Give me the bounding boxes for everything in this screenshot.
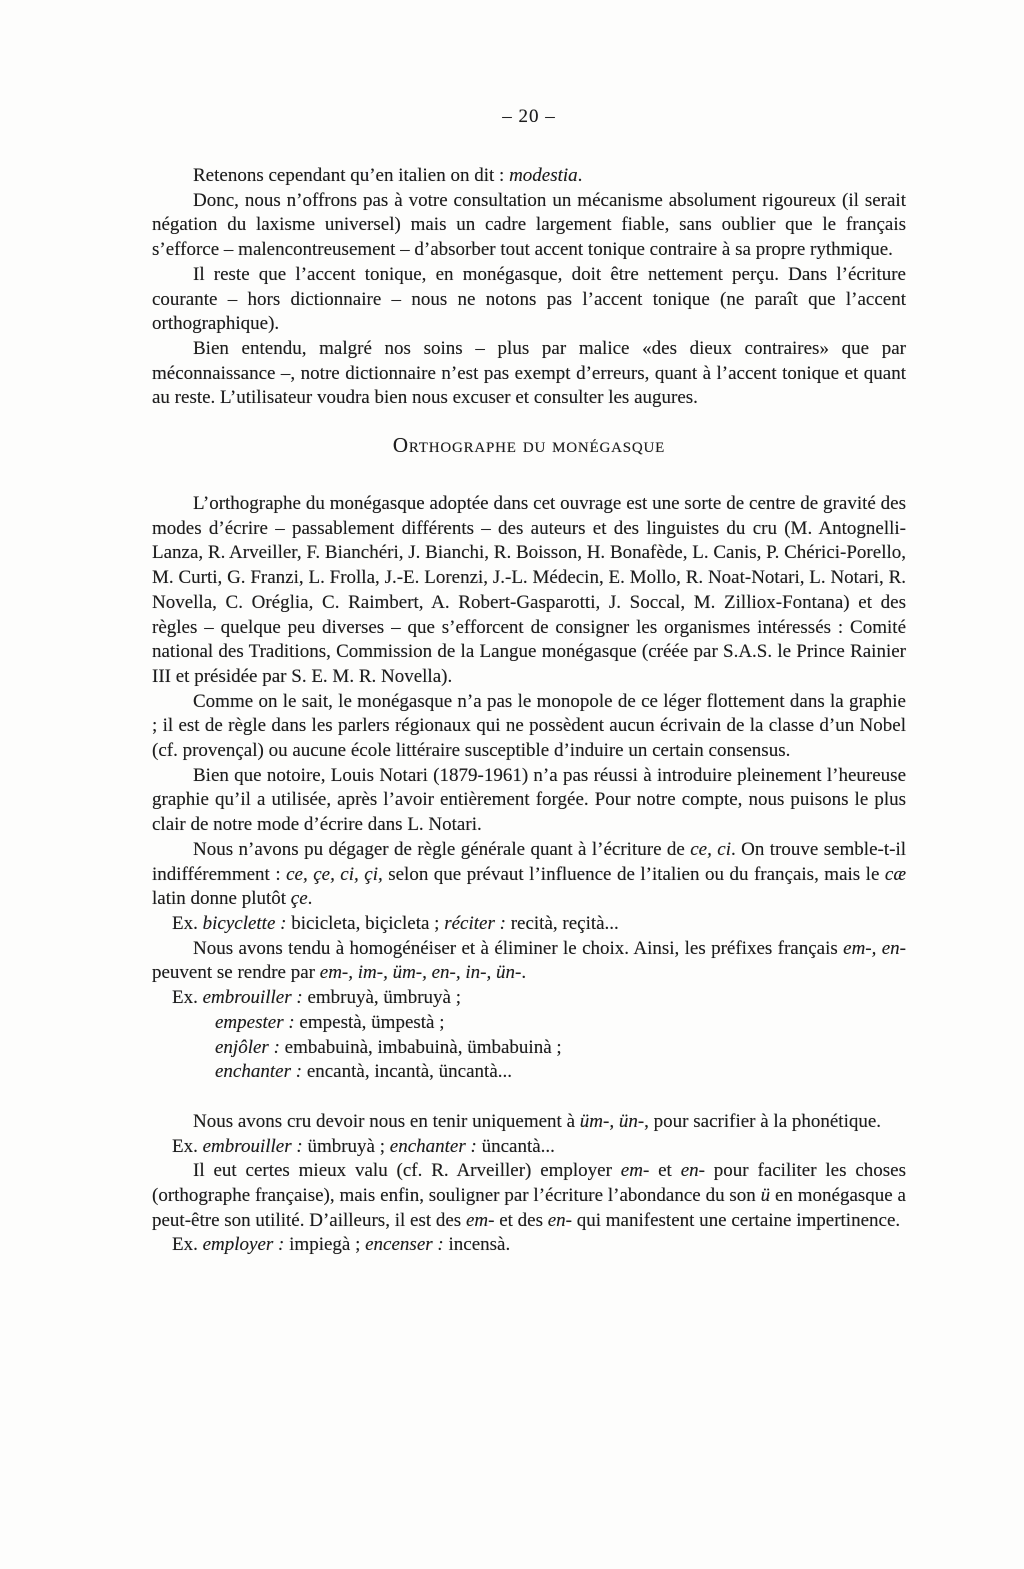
text-run: Ex. <box>172 913 203 934</box>
paragraph: Ex. embrouiller : ümbruyà ; enchanter : … <box>152 1135 906 1160</box>
paragraph: Nous avons cru devoir nous en tenir uniq… <box>152 1110 906 1135</box>
italic-text-run: enchanter : <box>215 1061 302 1082</box>
italic-text-run: em- <box>621 1160 649 1181</box>
text-run: Comme on le sait, le monégasque n’a pas … <box>152 691 906 761</box>
italic-text-run: ü <box>761 1185 771 1206</box>
italic-text-run: empester : <box>215 1012 295 1033</box>
text-run: recità, reçità... <box>506 913 619 934</box>
section-heading: Orthographe du monégasque <box>152 433 906 458</box>
text-run: Ex. <box>172 1136 203 1157</box>
text-run: Retenons cependant qu’en italien on dit … <box>193 165 509 186</box>
text-run: L’orthographe du monégasque adoptée dans… <box>152 493 906 687</box>
paragraph: enchanter : encantà, incantà, üncantà... <box>152 1060 906 1085</box>
text-run: et des <box>494 1210 547 1231</box>
paragraph: Retenons cependant qu’en italien on dit … <box>152 164 906 189</box>
document-body: Retenons cependant qu’en italien on dit … <box>152 164 906 1258</box>
text-run: selon que prévaut l’influence de l’itali… <box>383 864 885 885</box>
italic-text-run: embrouiller : <box>203 987 303 1008</box>
paragraph: enjôler : embabuinà, imbabuinà, ümbabuin… <box>152 1036 906 1061</box>
text-run: . <box>308 888 313 909</box>
italic-text-run: en- <box>548 1210 572 1231</box>
text-run: Nous avons cru devoir nous en tenir uniq… <box>193 1111 580 1132</box>
text-run: ümbruyà ; <box>303 1136 390 1157</box>
italic-text-run: çe <box>291 888 308 909</box>
italic-text-run: em- <box>466 1210 494 1231</box>
italic-text-run: bicyclette : <box>203 913 287 934</box>
italic-text-run: embrouiller : <box>203 1136 303 1157</box>
text-run: . <box>578 165 583 186</box>
text-run: Ex. <box>172 1234 203 1255</box>
text-run: empestà, ümpestà ; <box>295 1012 445 1033</box>
paragraph: Il eut certes mieux valu (cf. R. Arveill… <box>152 1159 906 1233</box>
text-run: . <box>521 962 526 983</box>
paragraph: Bien que notoire, Louis Notari (1879-196… <box>152 764 906 838</box>
paragraph: empester : empestà, ümpestà ; <box>152 1011 906 1036</box>
italic-text-run: ce, ci <box>690 839 731 860</box>
text-run: Donc, nous n’offrons pas à votre consult… <box>152 190 906 260</box>
paragraph: Ex. employer : impiegà ; encenser : ince… <box>152 1233 906 1258</box>
italic-text-run: cæ <box>885 864 906 885</box>
paragraph: Il reste que l’accent tonique, en monéga… <box>152 263 906 337</box>
text-run: Il reste que l’accent tonique, en monéga… <box>152 264 906 334</box>
italic-text-run: en- <box>681 1160 705 1181</box>
italic-text-run: réciter : <box>444 913 506 934</box>
paragraph: L’orthographe du monégasque adoptée dans… <box>152 492 906 690</box>
italic-text-run: modestia <box>509 165 578 186</box>
italic-text-run: üm-, ün- <box>580 1111 644 1132</box>
text-run: qui manifestent une certaine impertinenc… <box>572 1210 900 1231</box>
text-column: – 20 – Retenons cependant qu’en italien … <box>152 106 906 1258</box>
text-run: incensà. <box>444 1234 510 1255</box>
italic-text-run: employer : <box>203 1234 285 1255</box>
italic-text-run: em-, en- <box>843 938 906 959</box>
italic-text-run: ce, çe, ci, çi, <box>286 864 383 885</box>
paragraph: Nous n’avons pu dégager de règle général… <box>152 838 906 912</box>
text-run: peuvent se rendre par <box>152 962 320 983</box>
paragraph: Comme on le sait, le monégasque n’a pas … <box>152 690 906 764</box>
paragraph: Ex. embrouiller : embruyà, ümbruyà ; <box>152 986 906 1011</box>
text-run: et <box>649 1160 680 1181</box>
document-page: – 20 – Retenons cependant qu’en italien … <box>0 0 1024 1569</box>
paragraph: Donc, nous n’offrons pas à votre consult… <box>152 189 906 263</box>
text-run: Nous n’avons pu dégager de règle général… <box>193 839 690 860</box>
text-run: Ex. <box>172 987 203 1008</box>
paragraph: Ex. bicyclette : bicicleta, biçicleta ; … <box>152 912 906 937</box>
text-run: embabuinà, imbabuinà, ümbabuinà ; <box>280 1037 562 1058</box>
text-run: Bien que notoire, Louis Notari (1879-196… <box>152 765 906 835</box>
text-run: , pour sacrifier à la phonétique. <box>644 1111 881 1132</box>
italic-text-run: enjôler : <box>215 1037 280 1058</box>
text-run: encantà, incantà, üncantà... <box>302 1061 512 1082</box>
text-run: Nous avons tendu à homogénéiser et à éli… <box>193 938 843 959</box>
text-run: Bien entendu, malgré nos soins – plus pa… <box>152 338 906 408</box>
paragraph: Nous avons tendu à homogénéiser et à éli… <box>152 937 906 986</box>
italic-text-run: enchanter : <box>390 1136 477 1157</box>
text-run: üncantà... <box>477 1136 555 1157</box>
text-run: bicicleta, biçicleta ; <box>286 913 444 934</box>
text-run: latin donne plutôt <box>152 888 291 909</box>
text-run: impiegà ; <box>284 1234 365 1255</box>
italic-text-run: encenser : <box>365 1234 444 1255</box>
text-run: embruyà, ümbruyà ; <box>303 987 461 1008</box>
italic-text-run: em-, im-, üm-, en-, in-, ün- <box>320 962 522 983</box>
page-number: – 20 – <box>152 106 906 128</box>
text-run: Il eut certes mieux valu (cf. R. Arveill… <box>193 1160 621 1181</box>
paragraph: Bien entendu, malgré nos soins – plus pa… <box>152 337 906 411</box>
